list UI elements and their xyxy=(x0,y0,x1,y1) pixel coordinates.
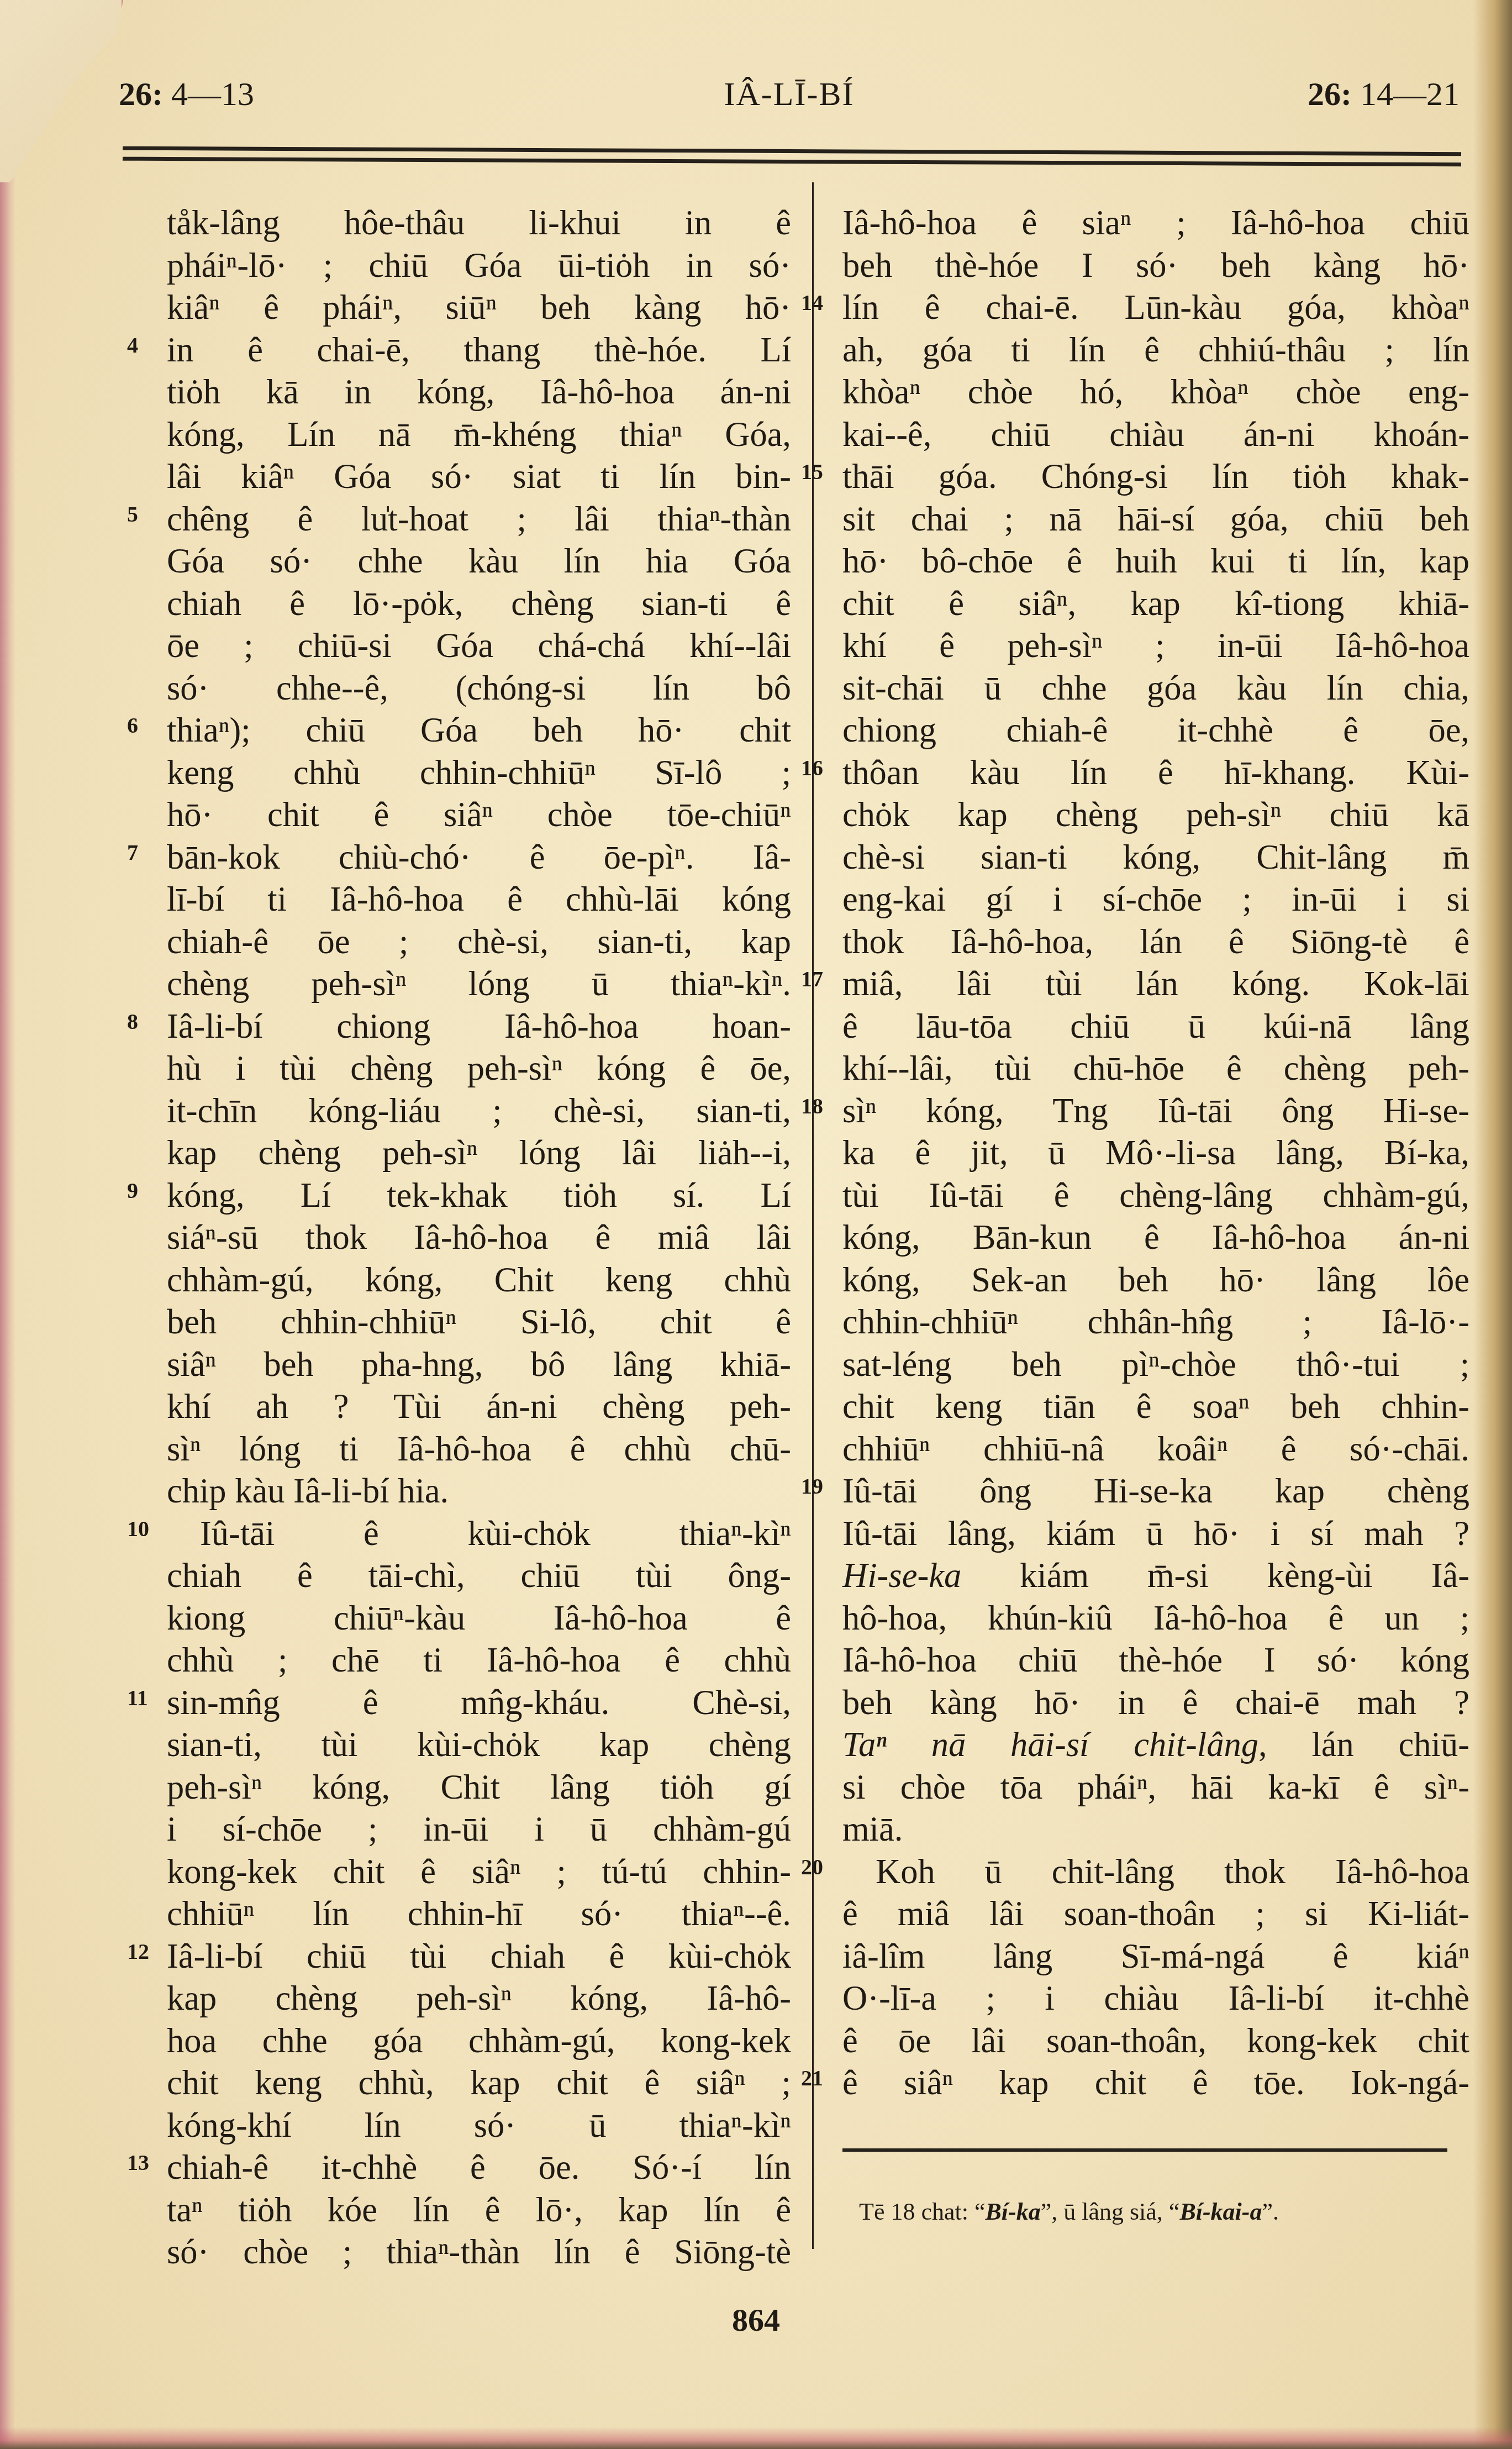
text-line: 6thiaⁿ); chiū Góa beh hō· chit xyxy=(167,709,791,751)
line-text: beh thè-hóe I só· beh kàng hō· xyxy=(842,244,1469,287)
line-text: lâi kiâⁿ Góa só· siat ti lín bin- xyxy=(167,455,791,498)
line-text: tùi Iû-tāi ê chèng-lâng chhàm-gú, xyxy=(842,1174,1469,1217)
book-title: IÂ-LĪ-BÍ xyxy=(119,69,1460,119)
text-line: só· chhe--ê, (chóng-si lín bô xyxy=(167,667,791,710)
line-text: sit-chāi ū chhe góa kàu lín chia, xyxy=(842,667,1469,710)
book-gutter-shadow xyxy=(1473,0,1512,2449)
text-line: chhin-chhiūⁿ chhân-hn̂g ; Iâ-lō·- xyxy=(842,1301,1469,1343)
text-line: beh kàng hō· in ê chai-ē mah ? xyxy=(842,1681,1469,1724)
line-text: chip kàu Iâ-li-bí hia. xyxy=(167,1470,791,1512)
line-text: kiâⁿ ê pháiⁿ, siūⁿ beh kàng hō· xyxy=(167,286,791,329)
line-text: it-chīn kóng-liáu ; chè-si, sian-ti, xyxy=(167,1090,791,1132)
right-text-column: Iâ-hô-hoa ê siaⁿ ; Iâ-hô-hoa chiūbeh thè… xyxy=(842,202,1469,2104)
text-line: kap chèng peh-sìⁿ kóng, Iâ-hô- xyxy=(167,1977,791,2020)
text-line: hō· bô-chōe ê huih kui ti lín, kap xyxy=(842,540,1469,582)
line-text: só· chòe ; thiaⁿ-thàn lín ê Siōng-tè xyxy=(167,2231,791,2273)
line-text: sat-léng beh pìⁿ-chòe thô·-tui ; xyxy=(842,1343,1469,1386)
text-line: sit chai ; nā hāi-sí góa, chiū beh xyxy=(842,498,1469,540)
verse-number: 18 xyxy=(801,1085,834,1128)
text-line: Góa só· chhe kàu lín hia Góa xyxy=(167,540,791,582)
text-line: sit-chāi ū chhe góa kàu lín chia, xyxy=(842,667,1469,710)
text-line: khòaⁿ chòe hó, khòaⁿ chòe eng- xyxy=(842,371,1469,413)
text-line: ê miâ lâi soan-thoân ; si Ki-liát- xyxy=(842,1893,1469,1935)
text-line: 10Iû-tāi ê kùi-chȯk thiaⁿ-kìⁿ xyxy=(167,1512,791,1555)
text-line: 5chêng ê lu̍t-hoat ; lâi thiaⁿ-thàn xyxy=(167,498,791,540)
line-text: chȯk kap chèng peh-sìⁿ chiū kā xyxy=(842,793,1469,836)
line-text: bān-kok chiù-chó· ê ōe-pìⁿ. Iâ- xyxy=(167,836,791,879)
text-line: hô-hoa, khún-kiû Iâ-hô-hoa ê un ; xyxy=(842,1597,1469,1639)
line-text: ka ê jit, ū Mô·-li-sa lâng, Bí-ka, xyxy=(842,1132,1469,1174)
line-text: chhiūⁿ lín chhin-hī só· thiaⁿ--ê. xyxy=(167,1893,791,1935)
line-text: kóng, Sek-an beh hō· lâng lôe xyxy=(842,1259,1469,1301)
verse-number: 16 xyxy=(801,747,834,790)
text-line: 9kóng, Lí tek-khak tiȯh sí. Lí xyxy=(167,1174,791,1217)
line-text: Iû-tāi ông Hi-se-ka kap chèng xyxy=(842,1470,1469,1512)
text-line: kiong chiūⁿ-kàu Iâ-hô-hoa ê xyxy=(167,1597,791,1639)
line-text: kap chèng peh-sìⁿ lóng lâi liȧh--i, xyxy=(167,1132,791,1174)
text-line: lī-bí ti Iâ-hô-hoa ê chhù-lāi kóng xyxy=(167,878,791,921)
text-line: chip kàu Iâ-li-bí hia. xyxy=(167,1470,791,1512)
verse-number: 15 xyxy=(801,451,834,493)
line-text: eng-kai gí i sí-chōe ; in-ūi i si xyxy=(842,878,1469,921)
text-line: 20Koh ū chit-lâng thok Iâ-hô-hoa xyxy=(842,1851,1469,1893)
text-line: kóng, Bān-kun ê Iâ-hô-hoa án-ni xyxy=(842,1216,1469,1259)
page-edge-left xyxy=(0,0,15,2449)
footnote-middle: ”, ū lâng siá, “ xyxy=(1041,2198,1180,2225)
text-line: ê lāu-tōa chiū ū kúi-nā lâng xyxy=(842,1005,1469,1048)
text-line: chiah-ê ōe ; chè-si, sian-ti, kap xyxy=(167,921,791,963)
header-right-range: 26: 14—21 xyxy=(1308,69,1460,119)
line-text: só· chhe--ê, (chóng-si lín bô xyxy=(167,667,791,710)
verse-number: 7 xyxy=(127,832,160,874)
text-line: chhiūⁿ lín chhin-hī só· thiaⁿ--ê. xyxy=(167,1893,791,1935)
dog-ear-corner xyxy=(0,0,123,182)
line-text: sin-mn̂g ê mn̂g-kháu. Chè-si, xyxy=(167,1681,791,1724)
line-text: khí--lâi, tùi chū-hōe ê chèng peh- xyxy=(842,1047,1469,1090)
text-line: hoa chhe góa chhàm-gú, kong-kek xyxy=(167,2020,791,2062)
footnote-rule xyxy=(842,2148,1447,2152)
line-text: taⁿ tiȯh kóe lín ê lō·, kap lín ê xyxy=(167,2189,791,2231)
text-line: iâ-lîm lâng Sī-má-ngá ê kiáⁿ xyxy=(842,1935,1469,1978)
line-text: kóng, Lín nā m̄-khéng thiaⁿ Góa, xyxy=(167,413,791,456)
line-text: kai--ê, chiū chiàu án-ni khoán- xyxy=(842,413,1469,456)
text-line: só· chòe ; thiaⁿ-thàn lín ê Siōng-tè xyxy=(167,2231,791,2273)
text-line: sian-ti, tùi kùi-chȯk kap chèng xyxy=(167,1723,791,1766)
text-line: 7bān-kok chiù-chó· ê ōe-pìⁿ. Iâ- xyxy=(167,836,791,879)
text-line: 12Iâ-li-bí chiū tùi chiah ê kùi-chȯk xyxy=(167,1935,791,1978)
line-text: miâ, lâi tùi lán kóng. Kok-lāi xyxy=(842,963,1469,1005)
text-line: chhù ; chē ti Iâ-hô-hoa ê chhù xyxy=(167,1639,791,1681)
text-line: kong-kek chit ê siâⁿ ; tú-tú chhin- xyxy=(167,1851,791,1893)
text-line: chit keng tiān ê soaⁿ beh chhin- xyxy=(842,1385,1469,1428)
line-text: lī-bí ti Iâ-hô-hoa ê chhù-lāi kóng xyxy=(167,878,791,921)
line-text: khòaⁿ chòe hó, khòaⁿ chòe eng- xyxy=(842,371,1469,413)
text-line: kai--ê, chiū chiàu án-ni khoán- xyxy=(842,413,1469,456)
text-line: sat-léng beh pìⁿ-chòe thô·-tui ; xyxy=(842,1343,1469,1386)
verse-number: 17 xyxy=(801,958,834,1001)
line-text: siâⁿ beh pha-hng, bô lâng khiā- xyxy=(167,1343,791,1386)
line-text: lín ê chai-ē. Lūn-kàu góa, khòaⁿ xyxy=(842,286,1469,329)
text-line: ê ōe lâi soan-thoân, kong-kek chit xyxy=(842,2020,1469,2062)
text-line: chit ê siâⁿ, kap kî-tiong khiā- xyxy=(842,582,1469,625)
text-line: chè-si sian-ti kóng, Chit-lâng m̄ xyxy=(842,836,1469,879)
line-text: hù i tùi chèng peh-sìⁿ kóng ê ōe, xyxy=(167,1047,791,1090)
text-line: chhiūⁿ chhiū-nâ koâiⁿ ê só·-chāi. xyxy=(842,1428,1469,1470)
line-text: O·-lī-a ; i chiàu Iâ-li-bí it-chhè xyxy=(842,1977,1469,2020)
verse-number: 11 xyxy=(127,1677,160,1720)
text-line: chiong chiah-ê it-chhè ê ōe, xyxy=(842,709,1469,751)
text-line: chȯk kap chèng peh-sìⁿ chiū kā xyxy=(842,793,1469,836)
italic-text: Taⁿ nā hāi-sí chit-lâng xyxy=(842,1725,1258,1764)
line-text: ê siâⁿ kap chit ê tōe. Iok-ngá- xyxy=(842,2062,1469,2104)
text-line: miā. xyxy=(842,1808,1469,1851)
line-text: chiong chiah-ê it-chhè ê ōe, xyxy=(842,709,1469,751)
line-text: khí ê peh-sìⁿ ; in-ūi Iâ-hô-hoa xyxy=(842,624,1469,667)
line-text: chit keng chhù, kap chit ê siâⁿ ; xyxy=(167,2062,791,2104)
text-line: ka ê jit, ū Mô·-li-sa lâng, Bí-ka, xyxy=(842,1132,1469,1174)
book-page: 26: 4—13 IÂ-LĪ-BÍ 26: 14—21 tåk-lâng hôe… xyxy=(0,0,1512,2449)
line-text: chit ê siâⁿ, kap kî-tiong khiā- xyxy=(842,582,1469,625)
line-text: si chòe tōa pháiⁿ, hāi ka-kī ê sìⁿ- xyxy=(842,1766,1469,1809)
line-text: sìⁿ lóng ti Iâ-hô-hoa ê chhù chū- xyxy=(167,1428,791,1470)
verse-number: 6 xyxy=(127,705,160,747)
line-text-rest: , lán chiū- xyxy=(1258,1725,1469,1764)
line-text: pháiⁿ-lō· ; chiū Góa ūi-tiȯh in só· xyxy=(167,244,791,287)
line-text: hoa chhe góa chhàm-gú, kong-kek xyxy=(167,2020,791,2062)
line-text: siáⁿ-sū thok Iâ-hô-hoa ê miâ lâi xyxy=(167,1216,791,1259)
text-line: hō· chit ê siâⁿ chòe tōe-chiūⁿ xyxy=(167,793,791,836)
verse-number: 13 xyxy=(127,2142,160,2184)
text-line: 14lín ê chai-ē. Lūn-kàu góa, khòaⁿ xyxy=(842,286,1469,329)
line-text-rest: kiám m̄-si kèng-ùi Iâ- xyxy=(961,1556,1469,1595)
line-text: Góa só· chhe kàu lín hia Góa xyxy=(167,540,791,582)
text-line: khí ah ? Tùi án-ni chèng peh- xyxy=(167,1385,791,1428)
verse-number: 8 xyxy=(127,1001,160,1043)
text-line: khí ê peh-sìⁿ ; in-ūi Iâ-hô-hoa xyxy=(842,624,1469,667)
line-text: Iû-tāi lâng, kiám ū hō· i sí mah ? xyxy=(842,1512,1469,1555)
text-line: 16thôan kàu lín ê hī-khang. Kùi- xyxy=(842,751,1469,794)
header-double-rule xyxy=(123,146,1461,167)
text-line: 15thāi góa. Chóng-si lín tiȯh khak- xyxy=(842,455,1469,498)
text-line: Iû-tāi lâng, kiám ū hō· i sí mah ? xyxy=(842,1512,1469,1555)
text-line: 19Iû-tāi ông Hi-se-ka kap chèng xyxy=(842,1470,1469,1512)
text-line: 4in ê chai-ē, thang thè-hóe. Lí xyxy=(167,329,791,371)
verse-number: 9 xyxy=(127,1170,160,1212)
line-text: chhiūⁿ chhiū-nâ koâiⁿ ê só·-chāi. xyxy=(842,1428,1469,1470)
text-line: pháiⁿ-lō· ; chiū Góa ūi-tiȯh in só· xyxy=(167,244,791,287)
text-line: siâⁿ beh pha-hng, bô lâng khiā- xyxy=(167,1343,791,1386)
text-line: beh thè-hóe I só· beh kàng hō· xyxy=(842,244,1469,287)
verse-number: 4 xyxy=(127,324,160,367)
verse-number: 14 xyxy=(801,282,834,324)
verse-number: 10 xyxy=(127,1508,160,1551)
text-line: siáⁿ-sū thok Iâ-hô-hoa ê miâ lâi xyxy=(167,1216,791,1259)
footnote: Tē 18 chat: “Bí-ka”, ū lâng siá, “Bí-kai… xyxy=(859,2196,1447,2227)
text-line: eng-kai gí i sí-chōe ; in-ūi i si xyxy=(842,878,1469,921)
text-line: Taⁿ nā hāi-sí chit-lâng, lán chiū- xyxy=(842,1723,1469,1766)
line-text: khí ah ? Tùi án-ni chèng peh- xyxy=(167,1385,791,1428)
line-text: kóng, Lí tek-khak tiȯh sí. Lí xyxy=(167,1174,791,1217)
text-line: i sí-chōe ; in-ūi i ū chhàm-gú xyxy=(167,1808,791,1851)
line-text: chhù ; chē ti Iâ-hô-hoa ê chhù xyxy=(167,1639,791,1681)
header-right-verses: 14—21 xyxy=(1360,76,1460,112)
line-text: ê ōe lâi soan-thoân, kong-kek chit xyxy=(842,2020,1469,2062)
line-text: ê miâ lâi soan-thoân ; si Ki-liát- xyxy=(842,1893,1469,1935)
line-text: keng chhù chhin-chhiūⁿ Sī-lô ; xyxy=(167,751,791,794)
text-line: chiah ê tāi-chì, chiū tùi ông- xyxy=(167,1554,791,1597)
line-text: miā. xyxy=(842,1808,1469,1851)
line-text: chhàm-gú, kóng, Chit keng chhù xyxy=(167,1259,791,1301)
line-text: chiah ê lō·-pȯk, chèng sian-ti ê xyxy=(167,582,791,625)
line-text: beh kàng hō· in ê chai-ē mah ? xyxy=(842,1681,1469,1724)
line-text: i sí-chōe ; in-ūi i ū chhàm-gú xyxy=(167,1808,791,1851)
line-text: chè-si sian-ti kóng, Chit-lâng m̄ xyxy=(842,836,1469,879)
text-line: si chòe tōa pháiⁿ, hāi ka-kī ê sìⁿ- xyxy=(842,1766,1469,1809)
line-text: sit chai ; nā hāi-sí góa, chiū beh xyxy=(842,498,1469,540)
text-line: kóng, Lín nā m̄-khéng thiaⁿ Góa, xyxy=(167,413,791,456)
verse-number: 12 xyxy=(127,1931,160,1973)
line-text: chiah-ê it-chhè ê ōe. Só·-í lín xyxy=(167,2146,791,2189)
text-line: Iâ-hô-hoa ê siaⁿ ; Iâ-hô-hoa chiū xyxy=(842,202,1469,244)
left-text-column: tåk-lâng hôe-thâu li-khui in êpháiⁿ-lō· … xyxy=(167,202,791,2273)
text-line: hù i tùi chèng peh-sìⁿ kóng ê ōe, xyxy=(167,1047,791,1090)
text-line: ah, góa ti lín ê chhiú-thâu ; lín xyxy=(842,329,1469,371)
line-text: Koh ū chit-lâng thok Iâ-hô-hoa xyxy=(842,1851,1469,1893)
text-line: tùi Iû-tāi ê chèng-lâng chhàm-gú, xyxy=(842,1174,1469,1217)
text-line: beh chhin-chhiūⁿ Si-lô, chit ê xyxy=(167,1301,791,1343)
text-line: kóng-khí lín só· ū thiaⁿ-kìⁿ xyxy=(167,2104,791,2147)
line-text: sìⁿ kóng, Tng Iû-tāi ông Hi-se- xyxy=(842,1090,1469,1132)
page-edge-bottom xyxy=(0,2427,1512,2449)
line-text: chit keng tiān ê soaⁿ beh chhin- xyxy=(842,1385,1469,1428)
line-text: Taⁿ nā hāi-sí chit-lâng, lán chiū- xyxy=(842,1723,1469,1766)
text-line: 13chiah-ê it-chhè ê ōe. Só·-í lín xyxy=(167,2146,791,2189)
line-text: Iû-tāi ê kùi-chȯk thiaⁿ-kìⁿ xyxy=(167,1512,791,1555)
line-text: thiaⁿ); chiū Góa beh hō· chit xyxy=(167,709,791,751)
text-line: sìⁿ lóng ti Iâ-hô-hoa ê chhù chū- xyxy=(167,1428,791,1470)
text-line: lâi kiâⁿ Góa só· siat ti lín bin- xyxy=(167,455,791,498)
header-right-chapter: 26: xyxy=(1308,76,1352,112)
text-line: kiâⁿ ê pháiⁿ, siūⁿ beh kàng hō· xyxy=(167,286,791,329)
text-line: Hi-se-ka kiám m̄-si kèng-ùi Iâ- xyxy=(842,1554,1469,1597)
line-text: ōe ; chiū-si Góa chá-chá khí--lâi xyxy=(167,624,791,667)
text-line: thok Iâ-hô-hoa, lán ê Siōng-tè ê xyxy=(842,921,1469,963)
verse-number: 5 xyxy=(127,493,160,536)
line-text: beh chhin-chhiūⁿ Si-lô, chit ê xyxy=(167,1301,791,1343)
line-text: Iâ-li-bí chiū tùi chiah ê kùi-chȯk xyxy=(167,1935,791,1978)
verse-number: 21 xyxy=(801,2057,834,2100)
line-text: thôan kàu lín ê hī-khang. Kùi- xyxy=(842,751,1469,794)
text-line: chhàm-gú, kóng, Chit keng chhù xyxy=(167,1259,791,1301)
text-line: khí--lâi, tùi chū-hōe ê chèng peh- xyxy=(842,1047,1469,1090)
line-text: chèng peh-sìⁿ lóng ū thiaⁿ-kìⁿ. xyxy=(167,963,791,1005)
line-text: Hi-se-ka kiám m̄-si kèng-ùi Iâ- xyxy=(842,1554,1469,1597)
line-text: chêng ê lu̍t-hoat ; lâi thiaⁿ-thàn xyxy=(167,498,791,540)
line-text: Iâ-hô-hoa chiū thè-hóe I só· kóng xyxy=(842,1639,1469,1681)
footnote-term-2: Bí-kai-a xyxy=(1179,2198,1262,2225)
line-text: kong-kek chit ê siâⁿ ; tú-tú chhin- xyxy=(167,1851,791,1893)
text-line: it-chīn kóng-liáu ; chè-si, sian-ti, xyxy=(167,1090,791,1132)
line-text: kóng-khí lín só· ū thiaⁿ-kìⁿ xyxy=(167,2104,791,2147)
line-text: ah, góa ti lín ê chhiú-thâu ; lín xyxy=(842,329,1469,371)
line-text: hō· bô-chōe ê huih kui ti lín, kap xyxy=(842,540,1469,582)
line-text: iâ-lîm lâng Sī-má-ngá ê kiáⁿ xyxy=(842,1935,1469,1978)
text-line: 11sin-mn̂g ê mn̂g-kháu. Chè-si, xyxy=(167,1681,791,1724)
footnote-suffix: ”. xyxy=(1262,2198,1279,2225)
line-text: sian-ti, tùi kùi-chȯk kap chèng xyxy=(167,1723,791,1766)
line-text: kiong chiūⁿ-kàu Iâ-hô-hoa ê xyxy=(167,1597,791,1639)
line-text: ê lāu-tōa chiū ū kúi-nā lâng xyxy=(842,1005,1469,1048)
line-text: Iâ-li-bí chiong Iâ-hô-hoa hoan- xyxy=(167,1005,791,1048)
text-line: Iâ-hô-hoa chiū thè-hóe I só· kóng xyxy=(842,1639,1469,1681)
footnote-term-1: Bí-ka xyxy=(985,2198,1040,2225)
text-line: ōe ; chiū-si Góa chá-chá khí--lâi xyxy=(167,624,791,667)
text-line: peh-sìⁿ kóng, Chit lâng tiȯh gí xyxy=(167,1766,791,1809)
running-header: 26: 4—13 IÂ-LĪ-BÍ 26: 14—21 xyxy=(119,69,1460,119)
line-text: in ê chai-ē, thang thè-hóe. Lí xyxy=(167,329,791,371)
text-line: 8Iâ-li-bí chiong Iâ-hô-hoa hoan- xyxy=(167,1005,791,1048)
line-text: thāi góa. Chóng-si lín tiȯh khak- xyxy=(842,455,1469,498)
text-line: chiah ê lō·-pȯk, chèng sian-ti ê xyxy=(167,582,791,625)
text-line: tåk-lâng hôe-thâu li-khui in ê xyxy=(167,202,791,244)
text-line: chèng peh-sìⁿ lóng ū thiaⁿ-kìⁿ. xyxy=(167,963,791,1005)
page-number: 864 xyxy=(0,2301,1512,2338)
line-text: chiah ê tāi-chì, chiū tùi ông- xyxy=(167,1554,791,1597)
text-line: 17miâ, lâi tùi lán kóng. Kok-lāi xyxy=(842,963,1469,1005)
text-line: O·-lī-a ; i chiàu Iâ-li-bí it-chhè xyxy=(842,1977,1469,2020)
verse-number: 19 xyxy=(801,1465,834,1508)
line-text: hô-hoa, khún-kiû Iâ-hô-hoa ê un ; xyxy=(842,1597,1469,1639)
line-text: chhin-chhiūⁿ chhân-hn̂g ; Iâ-lō·- xyxy=(842,1301,1469,1343)
text-line: 21ê siâⁿ kap chit ê tōe. Iok-ngá- xyxy=(842,2062,1469,2104)
line-text: chiah-ê ōe ; chè-si, sian-ti, kap xyxy=(167,921,791,963)
text-line: keng chhù chhin-chhiūⁿ Sī-lô ; xyxy=(167,751,791,794)
line-text: kóng, Bān-kun ê Iâ-hô-hoa án-ni xyxy=(842,1216,1469,1259)
line-text: tåk-lâng hôe-thâu li-khui in ê xyxy=(167,202,791,244)
text-line: tiȯh kā in kóng, Iâ-hô-hoa án-ni xyxy=(167,371,791,413)
line-text: peh-sìⁿ kóng, Chit lâng tiȯh gí xyxy=(167,1766,791,1809)
text-line: kap chèng peh-sìⁿ lóng lâi liȧh--i, xyxy=(167,1132,791,1174)
footnote-prefix: Tē 18 chat: “ xyxy=(859,2198,985,2225)
line-text: Iâ-hô-hoa ê siaⁿ ; Iâ-hô-hoa chiū xyxy=(842,202,1469,244)
italic-text: Hi-se-ka xyxy=(842,1556,961,1595)
text-line: taⁿ tiȯh kóe lín ê lō·, kap lín ê xyxy=(167,2189,791,2231)
line-text: tiȯh kā in kóng, Iâ-hô-hoa án-ni xyxy=(167,371,791,413)
text-line: 18sìⁿ kóng, Tng Iû-tāi ông Hi-se- xyxy=(842,1090,1469,1132)
verse-number: 20 xyxy=(801,1846,834,1889)
line-text: kap chèng peh-sìⁿ kóng, Iâ-hô- xyxy=(167,1977,791,2020)
line-text: hō· chit ê siâⁿ chòe tōe-chiūⁿ xyxy=(167,793,791,836)
text-line: chit keng chhù, kap chit ê siâⁿ ; xyxy=(167,2062,791,2104)
text-line: kóng, Sek-an beh hō· lâng lôe xyxy=(842,1259,1469,1301)
line-text: thok Iâ-hô-hoa, lán ê Siōng-tè ê xyxy=(842,921,1469,963)
